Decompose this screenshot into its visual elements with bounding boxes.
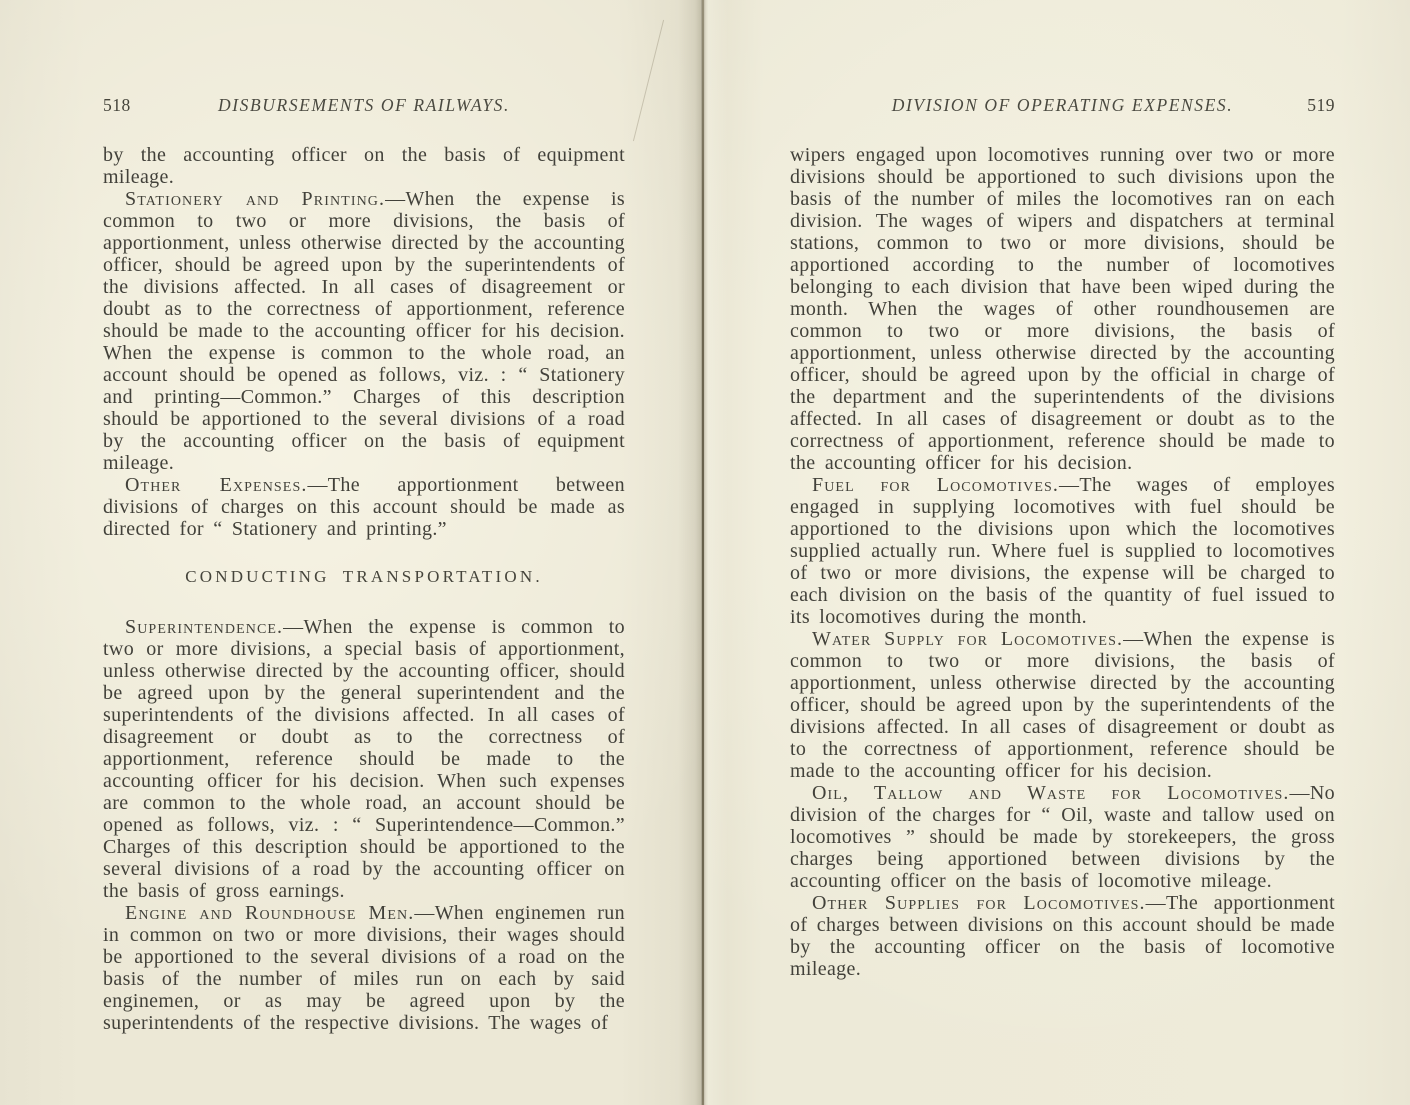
entry-lead: Other Supplies for Locomotives. <box>812 892 1146 914</box>
paragraph: Other Supplies for Locomotives.—The appo… <box>790 892 1335 980</box>
paragraph: Stationery and Printing.—When the expens… <box>103 188 625 474</box>
paragraph: by the accounting officer on the basis o… <box>103 144 625 188</box>
running-title: DIVISION OF OPERATING EXPENSES. <box>790 95 1335 116</box>
paragraph: Other Expenses.—The apportionment betwee… <box>103 474 625 540</box>
right-page-body: wipers engaged upon locomotives running … <box>790 144 1335 980</box>
right-page-header: DIVISION OF OPERATING EXPENSES. 519 <box>790 95 1335 119</box>
entry-lead: Other Expenses. <box>125 474 307 496</box>
paragraph: Oil, Tallow and Waste for Locomotives.—N… <box>790 782 1335 892</box>
page-gutter-line <box>702 0 704 1105</box>
paragraph: wipers engaged upon locomotives running … <box>790 144 1335 474</box>
page-number: 518 <box>103 95 131 116</box>
entry-lead: Stationery and Printing. <box>125 188 385 210</box>
entry-lead: Water Supply for Locomotives. <box>812 628 1123 650</box>
section-heading: CONDUCTING TRANSPORTATION. <box>103 566 625 588</box>
left-page-header: 518 DISBURSEMENTS OF RAILWAYS. <box>103 95 625 119</box>
paragraph: Superintendence.—When the expense is com… <box>103 616 625 902</box>
paragraph: Water Supply for Locomotives.—When the e… <box>790 628 1335 782</box>
right-page: DIVISION OF OPERATING EXPENSES. 519 wipe… <box>707 0 1410 1105</box>
left-page: 518 DISBURSEMENTS OF RAILWAYS. by the ac… <box>0 0 703 1105</box>
entry-lead: Oil, Tallow and Waste for Locomotives. <box>812 782 1290 804</box>
entry-lead: Superintendence. <box>125 616 283 638</box>
left-page-body: by the accounting officer on the basis o… <box>103 144 625 1034</box>
running-title: DISBURSEMENTS OF RAILWAYS. <box>103 95 625 116</box>
book-scan: 518 DISBURSEMENTS OF RAILWAYS. by the ac… <box>0 0 1410 1105</box>
entry-lead: Engine and Roundhouse Men. <box>125 902 414 924</box>
page-number: 519 <box>1307 95 1335 116</box>
paragraph: Fuel for Locomotives.—The wages of emplo… <box>790 474 1335 628</box>
entry-lead: Fuel for Locomotives. <box>812 474 1059 496</box>
paragraph: Engine and Roundhouse Men.—When engineme… <box>103 902 625 1034</box>
